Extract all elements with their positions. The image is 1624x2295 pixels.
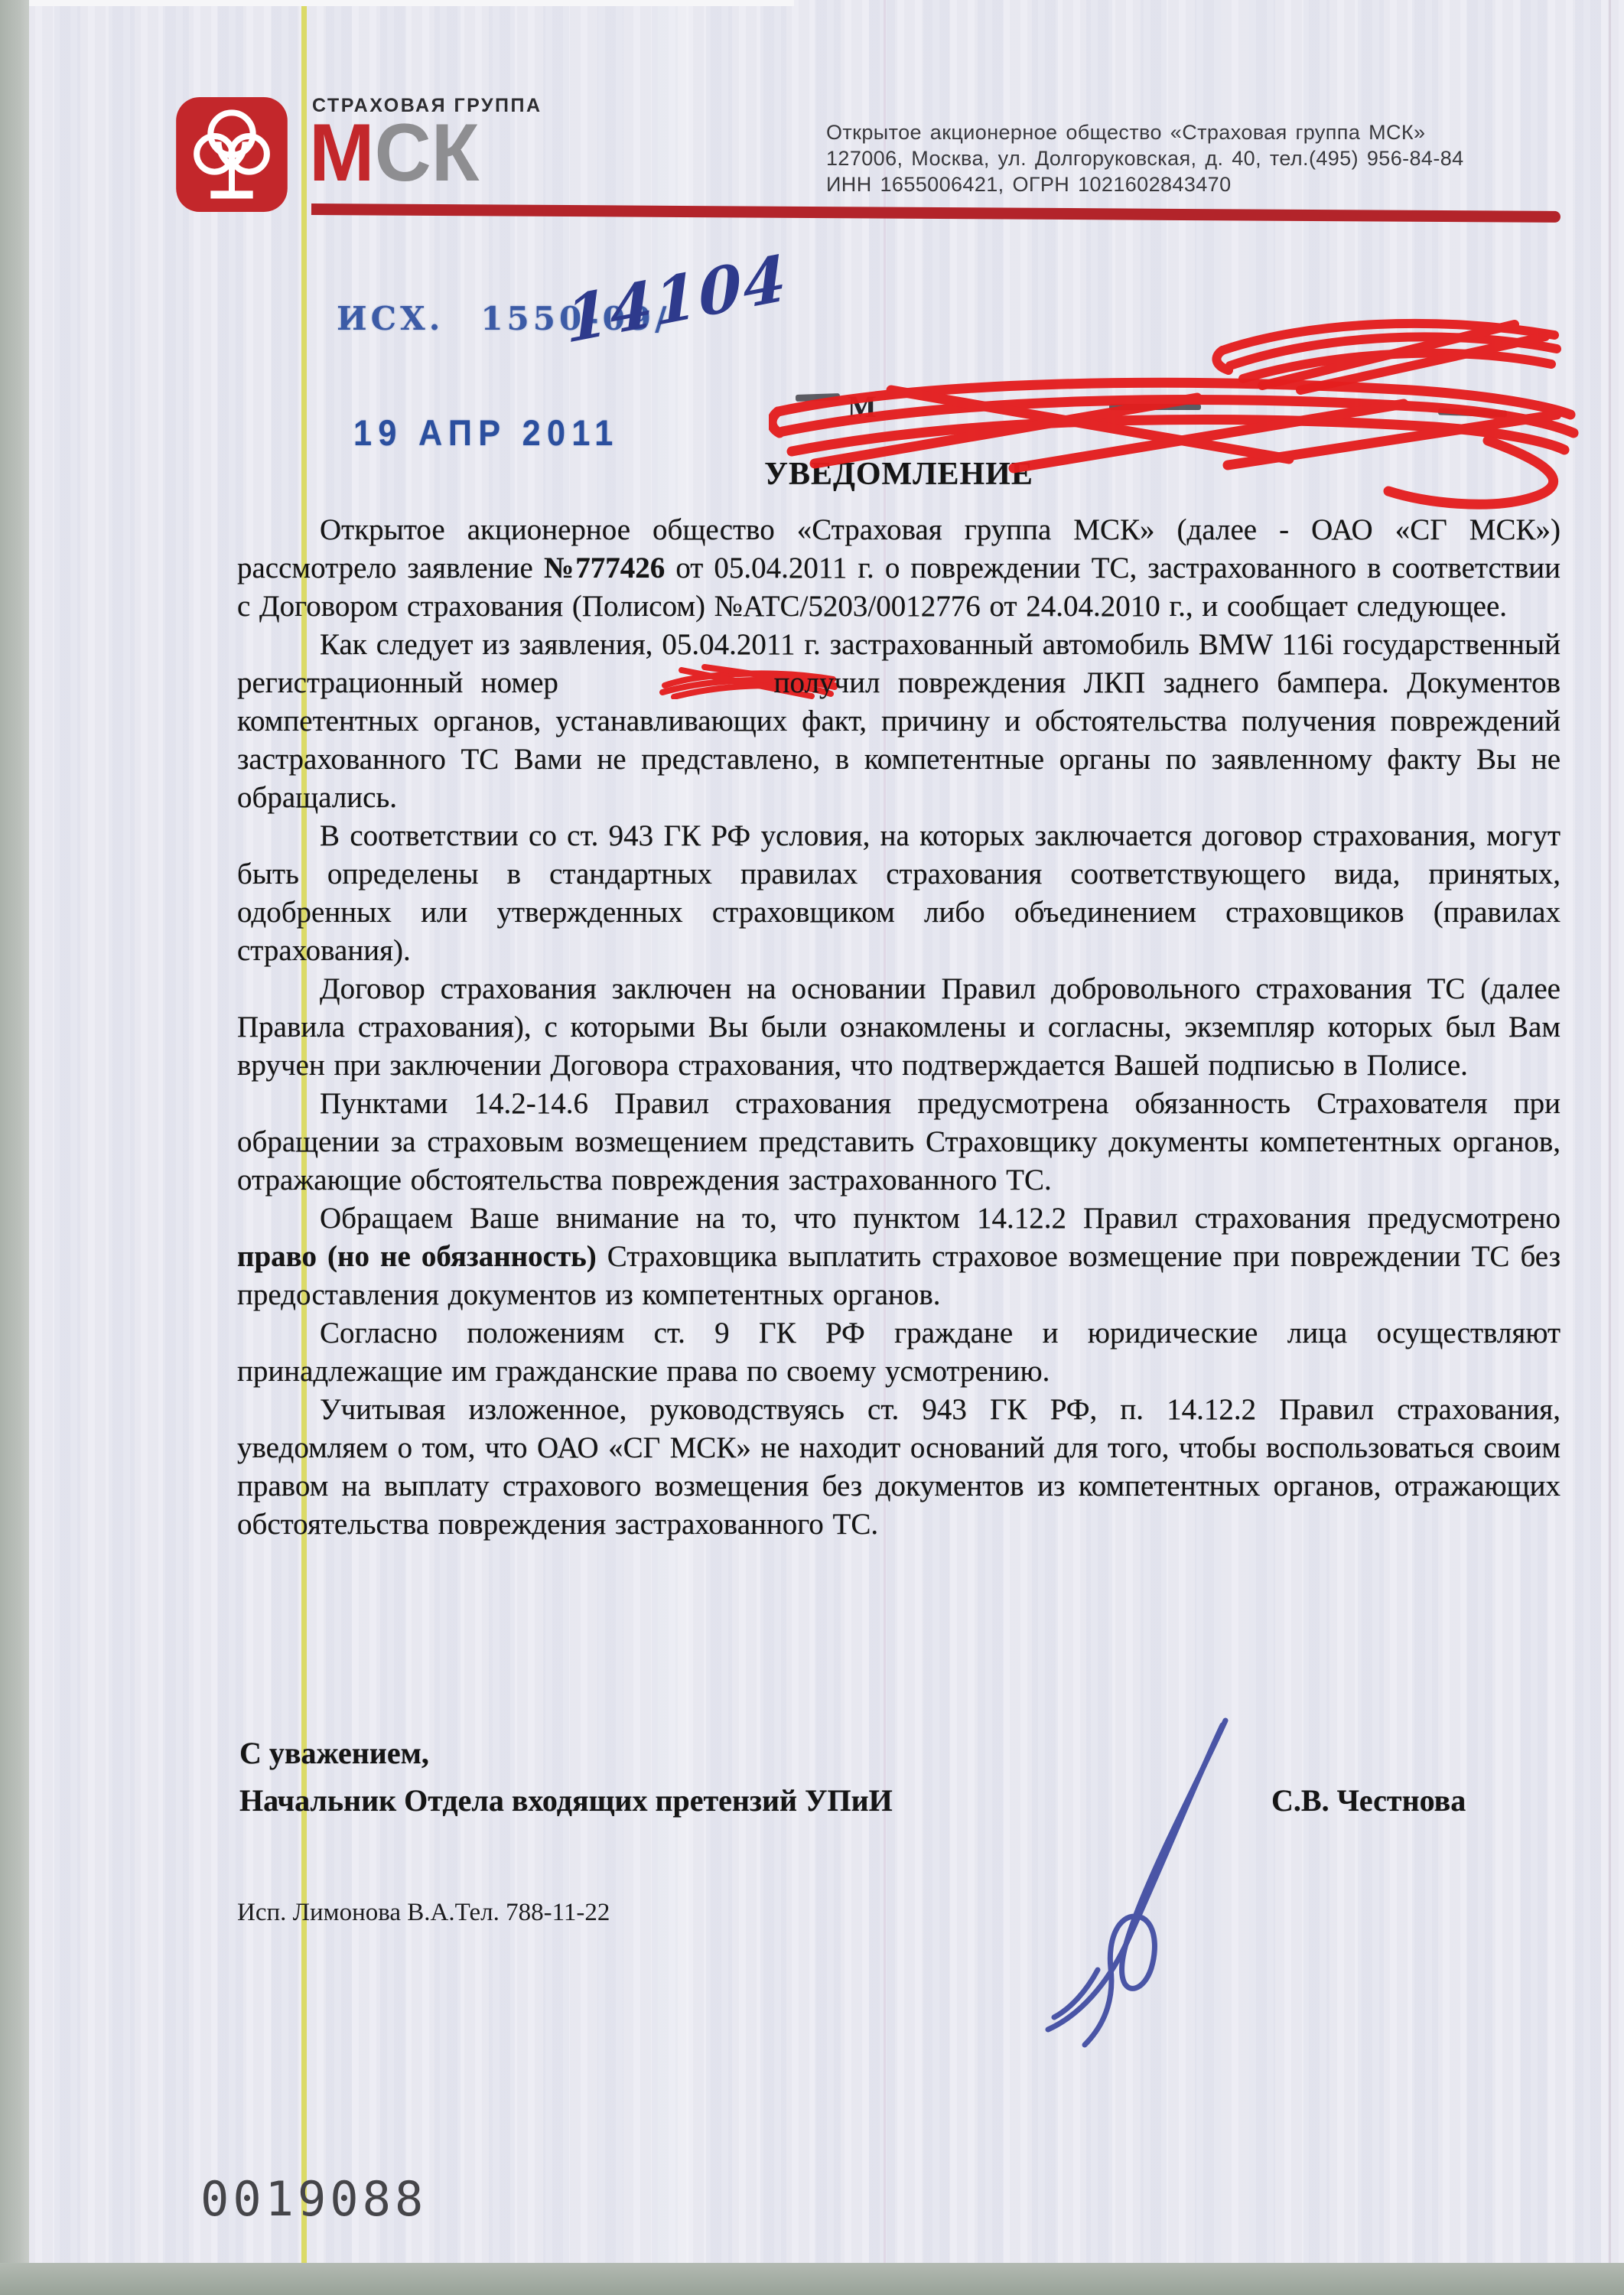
paragraph-text: Обращаем Ваше внимание на то, что пункто… (320, 1202, 1561, 1235)
paragraph-3: В соответствии со ст. 943 ГК РФ условия,… (237, 817, 1561, 970)
scan-streak (1609, 0, 1611, 2295)
scan-edge-left (0, 0, 29, 2295)
emphasized-right-clause: право (но не обязанность) (237, 1240, 597, 1273)
paragraph-text: Договор страхования заключен на основани… (237, 972, 1561, 1082)
paragraph-1: Открытое акционерное общество «Страховая… (237, 511, 1561, 626)
red-scribble-redaction-lower (769, 369, 1587, 522)
scan-edge-bottom (0, 2263, 1624, 2295)
paragraph-text: Учитывая изложенное, руководствуясь ст. … (237, 1393, 1561, 1541)
date-stamp: 19 АПР 2011 (353, 412, 620, 454)
scan-edge-top (29, 0, 794, 6)
signer-name: С.В. Честнова (1271, 1782, 1466, 1818)
paragraph-8: Учитывая изложенное, руководствуясь ст. … (237, 1391, 1561, 1544)
paragraph-2: Как следует из заявления, 05.04.2011 г. … (237, 626, 1561, 817)
letter-body: УВЕДОМЛЕНИЕ Открытое акционерное обществ… (237, 455, 1561, 1544)
brand-letters-sk: СК (375, 106, 480, 198)
red-scribble-redaction-inline (576, 664, 756, 699)
handwritten-signature (1025, 1710, 1255, 2054)
paragraph-text: В соответствии со ст. 943 ГК РФ условия,… (237, 819, 1561, 967)
letterhead-divider-rule (311, 203, 1561, 223)
company-name-line: Открытое акционерное общество «Страховая… (826, 119, 1515, 145)
msk-tree-logo-icon (176, 97, 288, 212)
executor-contact-line: Исп. Лимонова В.А.Тел. 788-11-22 (237, 1899, 610, 1927)
paragraph-5: Пунктами 14.2-14.6 Правил страхования пр… (237, 1085, 1561, 1200)
signer-position: Начальник Отдела входящих претензий УПиИ (239, 1782, 893, 1818)
brand-letter-m: М (309, 106, 375, 198)
closing-salutation: С уважением, (239, 1735, 429, 1771)
paragraph-text: Пунктами 14.2-14.6 Правил страхования пр… (237, 1087, 1561, 1196)
document-registration-number: 0019088 (200, 2171, 427, 2227)
paragraph-4: Договор страхования заключен на основани… (237, 970, 1561, 1085)
paragraph-7: Согласно положениям ст. 9 ГК РФ граждане… (237, 1314, 1561, 1391)
brand-wordmark: МСК (309, 112, 479, 194)
company-info-block: Открытое акционерное общество «Страховая… (826, 119, 1515, 197)
outgoing-label: ИСХ. (337, 300, 444, 337)
paragraph-text: Согласно положениям ст. 9 ГК РФ граждане… (237, 1317, 1561, 1388)
company-address-line: 127006, Москва, ул. Долгоруковская, д. 4… (826, 145, 1515, 171)
paragraph-6: Обращаем Ваше внимание на то, что пункто… (237, 1200, 1561, 1314)
claim-number: №777426 (544, 552, 665, 584)
company-registration-line: ИНН 1655006421, ОГРН 1021602843470 (826, 171, 1515, 197)
scanned-letter-page: СТРАХОВАЯ ГРУППА МСК Открытое акционерно… (0, 0, 1624, 2295)
